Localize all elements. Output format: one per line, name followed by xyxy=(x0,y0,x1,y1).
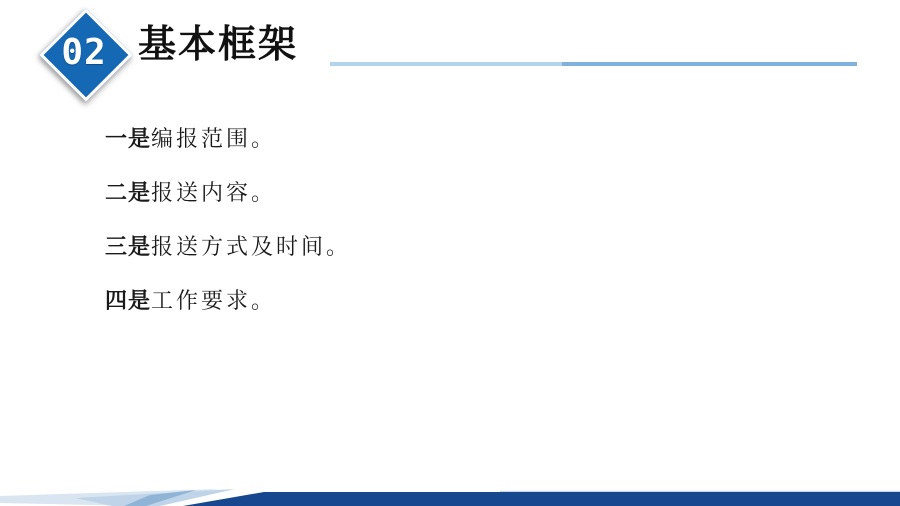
point-body: 报送方式及时间。 xyxy=(151,234,351,259)
footer-decoration xyxy=(0,484,900,506)
list-item: 四是工作要求。 xyxy=(105,274,351,328)
list-item: 一是编报范围。 xyxy=(105,112,351,166)
list-item: 三是报送方式及时间。 xyxy=(105,220,351,274)
footer-navy-band xyxy=(183,492,900,506)
title-underline xyxy=(330,62,857,66)
point-body: 工作要求。 xyxy=(151,288,276,313)
point-lead: 二是 xyxy=(105,180,151,205)
list-item: 二是报送内容。 xyxy=(105,166,351,220)
bullet-list: 一是编报范围。 二是报送内容。 三是报送方式及时间。 四是工作要求。 xyxy=(105,112,351,328)
point-lead: 一是 xyxy=(105,126,151,151)
chapter-number: 02 xyxy=(40,9,128,97)
title-underline-right xyxy=(562,62,857,66)
point-lead: 三是 xyxy=(105,234,151,259)
chapter-badge: 02 xyxy=(40,9,128,97)
slide-canvas: 02 基本框架 一是编报范围。 二是报送内容。 三是报送方式及时间。 四是工作要… xyxy=(0,0,900,506)
point-lead: 四是 xyxy=(105,288,151,313)
point-body: 报送内容。 xyxy=(151,180,276,205)
point-body: 编报范围。 xyxy=(151,126,276,151)
page-title: 基本框架 xyxy=(138,25,298,67)
title-underline-left xyxy=(330,62,562,66)
